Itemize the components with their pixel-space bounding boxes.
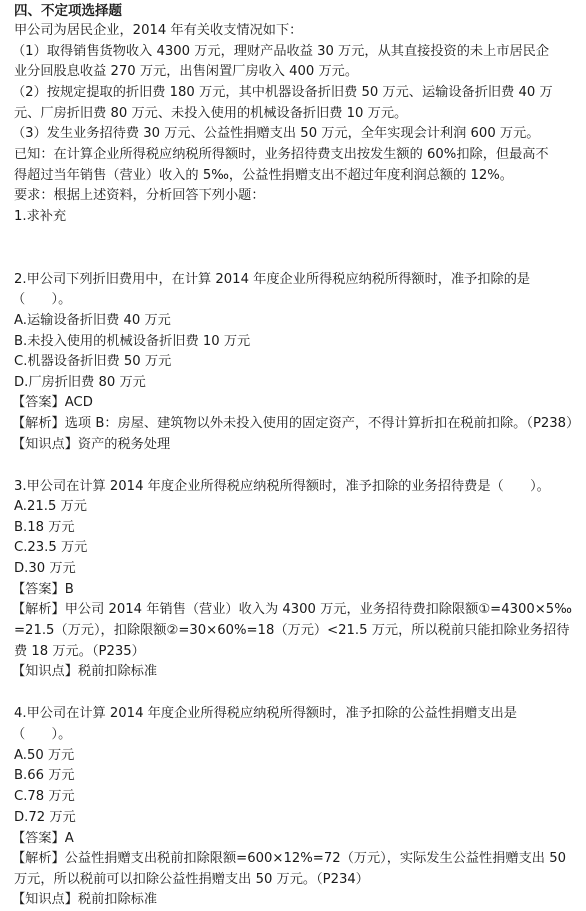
knowledge-point: 【知识点】税前扣除标准 xyxy=(12,662,157,682)
question-stem: 3.甲公司在计算 2014 年度企业所得税应纳税所得额时，准予扣除的业务招待费是… xyxy=(14,477,550,497)
answer: 【答案】ACD xyxy=(12,393,93,413)
analysis: =21.5（万元），扣除限额②=30×60%=18（万元）<21.5 万元，所以… xyxy=(14,621,570,641)
option-b: B.18 万元 xyxy=(14,518,75,538)
option-a: A.21.5 万元 xyxy=(14,497,87,517)
knowledge-point: 【知识点】资产的税务处理 xyxy=(12,435,170,455)
intro-line: 甲公司为居民企业，2014 年有关收支情况如下： xyxy=(14,21,302,41)
intro-line: 已知：在计算企业所得税应纳税所得额时，业务招待费支出按发生额的 60%扣除，但最… xyxy=(14,145,549,165)
intro-line: （3）发生业务招待费 30 万元、公益性捐赠支出 50 万元，全年实现会计利润 … xyxy=(12,124,539,144)
intro-line: 业分回股息收益 270 万元，出售闲置厂房收入 400 万元。 xyxy=(14,62,358,82)
option-d: D.72 万元 xyxy=(14,808,76,828)
option-c: C.78 万元 xyxy=(14,787,75,807)
question-stem: （ ）。 xyxy=(12,290,71,310)
option-b: B.66 万元 xyxy=(14,766,75,786)
option-a: A.50 万元 xyxy=(14,746,74,766)
analysis: 【解析】甲公司 2014 年销售（营业）收入为 4300 万元，业务招待费扣除限… xyxy=(12,600,572,620)
option-c: C.机器设备折旧费 50 万元 xyxy=(14,352,171,372)
question-stem: 1.求补充 xyxy=(14,207,66,227)
option-a: A.运输设备折旧费 40 万元 xyxy=(14,311,171,331)
question-stem: 4.甲公司在计算 2014 年度企业所得税应纳税所得额时，准予扣除的公益性捐赠支… xyxy=(14,704,517,724)
analysis: 【解析】公益性捐赠支出税前扣除限额=600×12%=72（万元），实际发生公益性… xyxy=(12,849,566,869)
answer: 【答案】B xyxy=(12,580,74,600)
analysis: 万元，所以税前可以扣除公益性捐赠支出 50 万元。（P234） xyxy=(14,870,369,890)
analysis: 费 18 万元。（P235） xyxy=(14,642,145,662)
knowledge-point: 【知识点】税前扣除标准 xyxy=(12,890,157,910)
question-stem: （ ）。 xyxy=(12,725,71,745)
intro-line: （1）取得销售货物收入 4300 万元，理财产品收益 30 万元，从其直接投资的… xyxy=(12,42,549,62)
question-stem: 2.甲公司下列折旧费用中，在计算 2014 年度企业所得税应纳税所得额时，准予扣… xyxy=(14,270,530,290)
analysis: 【解析】选项 B：房屋、建筑物以外未投入使用的固定资产，不得计算折扣在税前扣除。… xyxy=(12,414,579,434)
option-d: D.30 万元 xyxy=(14,559,76,579)
option-b: B.未投入使用的机械设备折旧费 10 万元 xyxy=(14,332,250,352)
section-title: 四、不定项选择题 xyxy=(14,1,122,21)
intro-line: 元、厂房折旧费 80 万元、未投入使用的机械设备折旧费 10 万元。 xyxy=(14,104,407,124)
intro-line: （2）按规定提取的折旧费 180 万元，其中机器设备折旧费 50 万元、运输设备… xyxy=(12,83,553,103)
answer: 【答案】A xyxy=(12,829,74,849)
option-d: D.厂房折旧费 80 万元 xyxy=(14,373,146,393)
intro-line: 要求：根据上述资料，分析回答下列小题： xyxy=(14,186,265,206)
intro-line: 得超过当年销售（营业）收入的 5‰，公益性捐赠支出不超过年度利润总额的 12%。 xyxy=(14,166,513,186)
option-c: C.23.5 万元 xyxy=(14,538,87,558)
